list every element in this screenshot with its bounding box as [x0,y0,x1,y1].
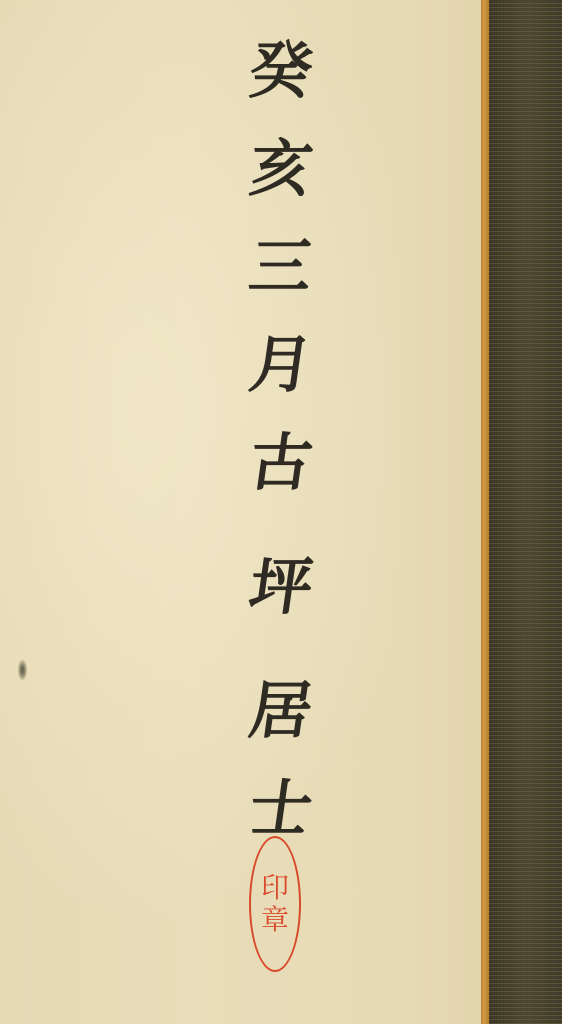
calligraphy-char: 亥 [243,120,319,218]
seal-char: 章 [261,904,289,936]
calligraphy-char: 居 [243,662,319,760]
brocade-mounting [489,0,562,1024]
calligraphy-char: 癸 [243,22,319,120]
paper-stain [18,660,27,680]
calligraphy-char: 月 [243,316,319,414]
calligraphy-char: 三 [243,218,319,316]
seal-char: 印 [261,872,289,904]
calligraphy-column: 癸 亥 三 月 古 坪 居 士 [236,22,326,858]
gold-border-strip [481,0,489,1024]
red-seal-stamp: 印 章 [249,836,301,972]
calligraphy-char: 古 [243,414,319,512]
calligraphy-char: 坪 [239,512,322,662]
